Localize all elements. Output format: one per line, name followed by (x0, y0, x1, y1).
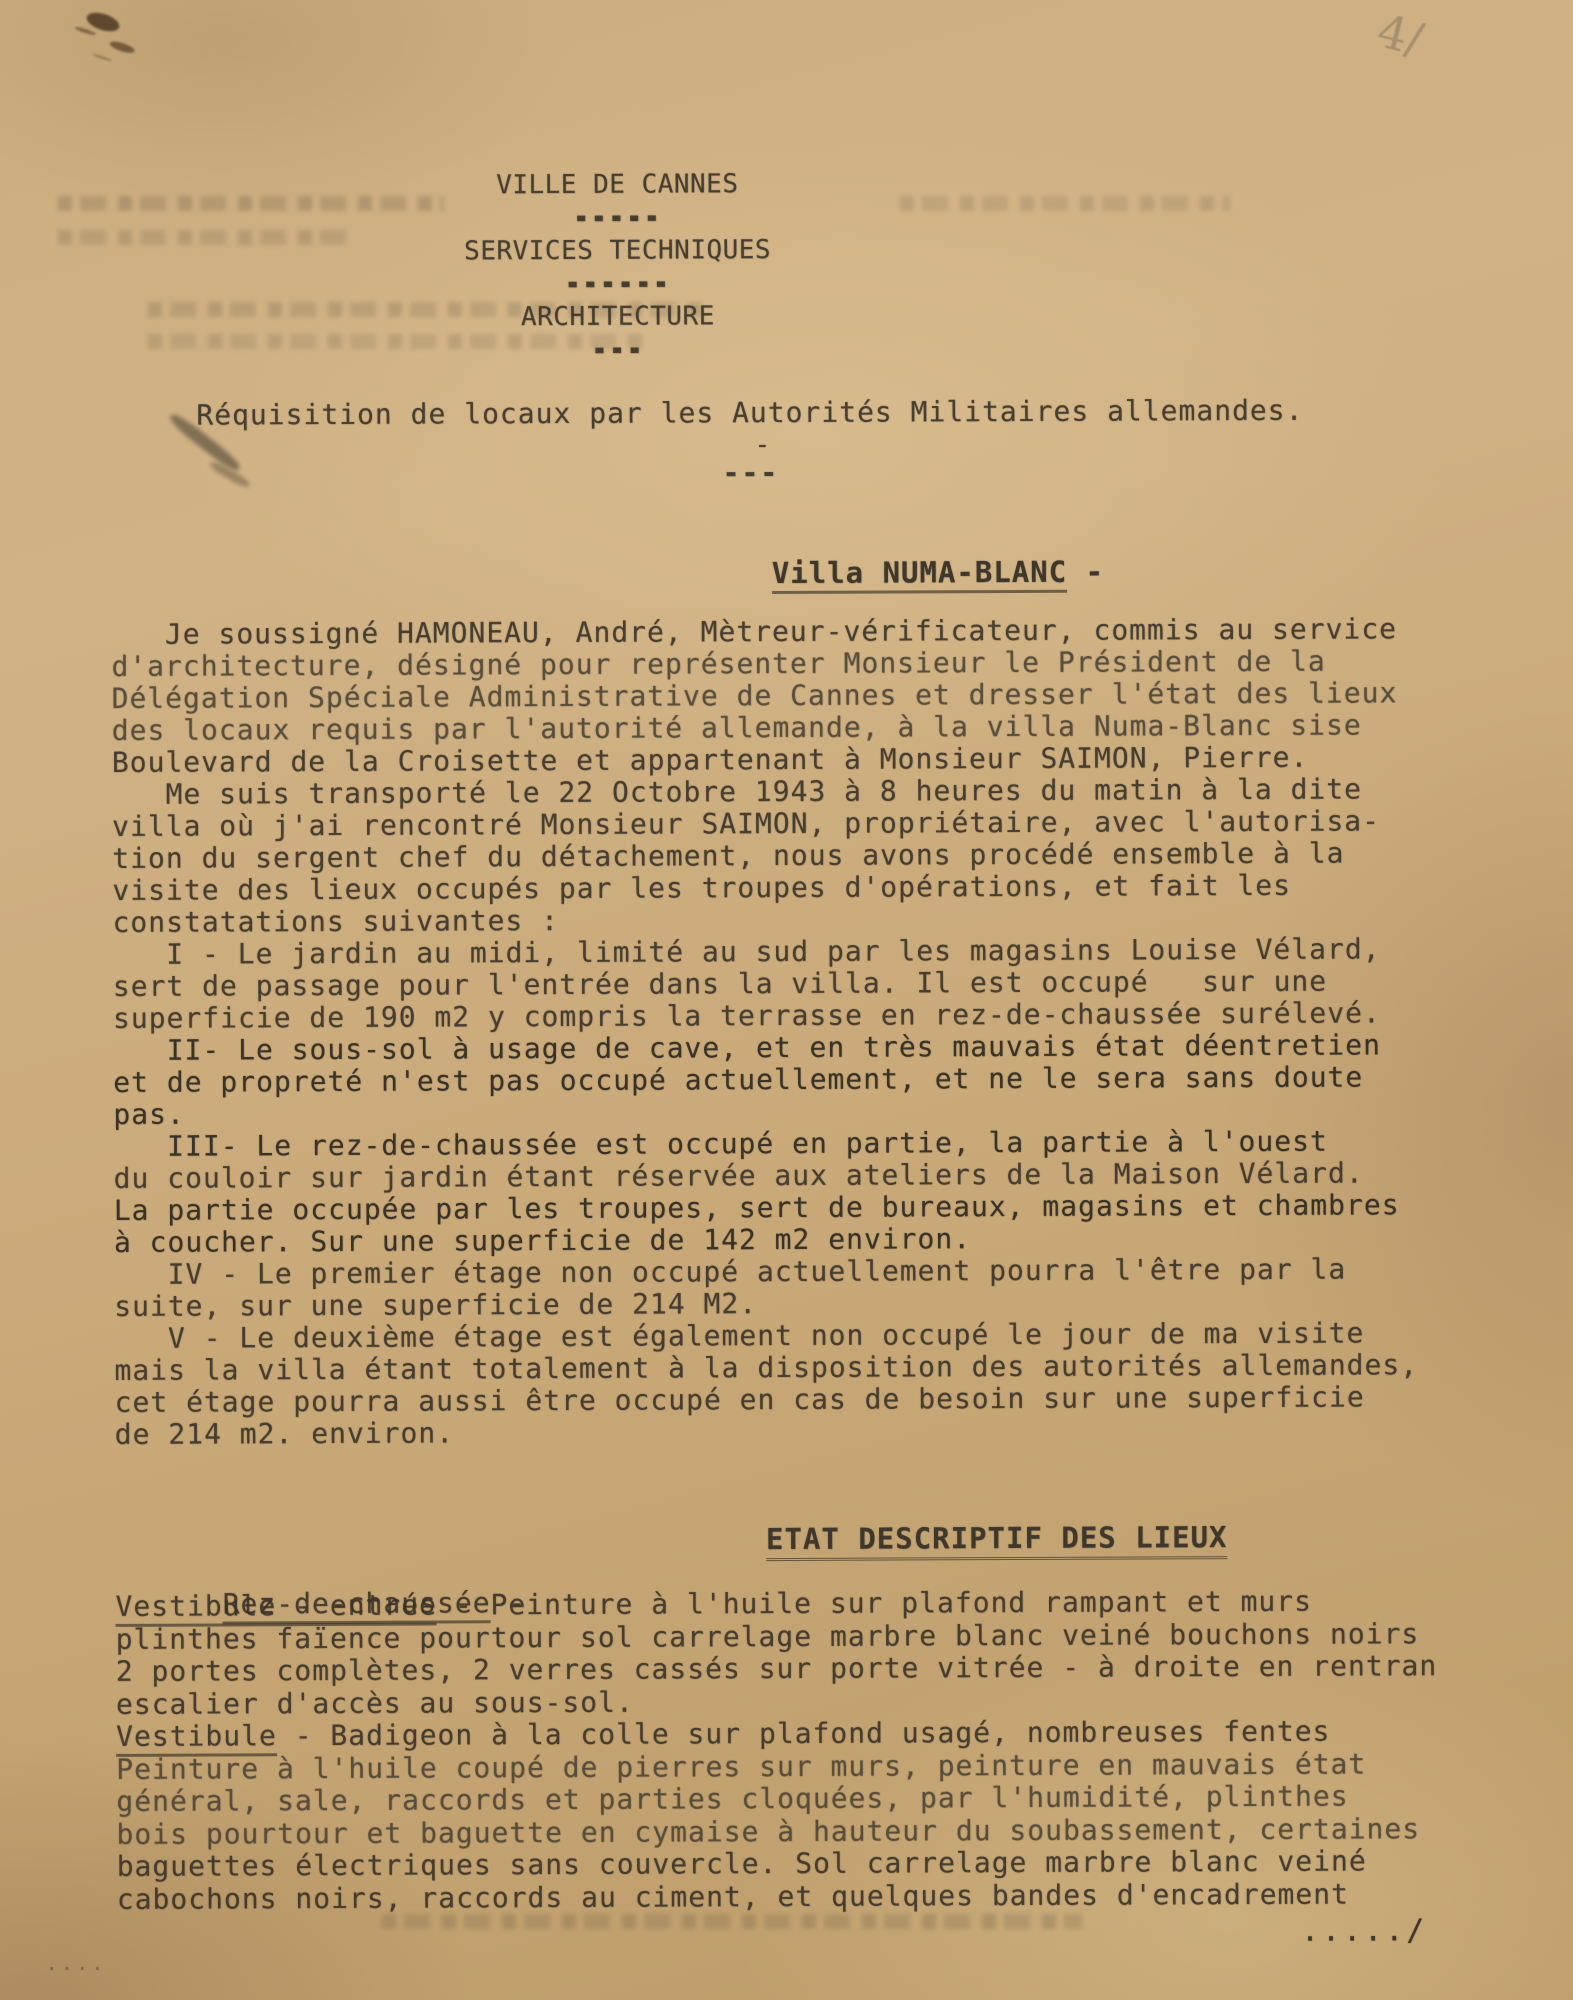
text-line: La partie occupée par les troupes, sert … (114, 1189, 1418, 1227)
text-line: cet étage pourra aussi être occupé en ca… (115, 1381, 1419, 1419)
subject-line: Réquisition de locaux par les Autorités … (196, 394, 1303, 432)
description-body: Vestibule - entrée - Peinture à l'huile … (115, 1585, 1438, 1916)
text-line: et de propreté n'est pas occupé actuelle… (113, 1061, 1417, 1099)
bottom-left-dots: .... (45, 1951, 106, 1976)
line-text: - Badigeon à la colle sur plafond usagé,… (277, 1715, 1331, 1753)
letterhead: VILLE DE CANNES-----SERVICES TECHNIQUES-… (327, 167, 908, 368)
villa-title: Villa NUMA-BLANC - (661, 521, 1104, 625)
text-line: IV - Le premier étage non occupé actuell… (114, 1253, 1418, 1291)
underlined-lead: Vestibule (116, 1719, 277, 1757)
villa-title-underlined: Villa NUMA-BLANC (772, 555, 1068, 594)
etat-descriptif-heading: ETAT DESCRIPTIF DES LIEUX (655, 1486, 1228, 1590)
text-line: cabochons noirs, raccords au ciment, et … (117, 1878, 1439, 1916)
text-line: --- (328, 324, 908, 376)
continuation-mark: ...../ (1301, 1913, 1428, 1949)
line-text: - Peinture à l'huile sur plafond rampant… (437, 1585, 1312, 1622)
text-line: 2 portes complètes, 2 verres cassés sur … (116, 1650, 1438, 1688)
report-body: Je soussigné HAMONEAU, André, Mètreur-vé… (111, 613, 1418, 1451)
typed-content: VILLE DE CANNES-----SERVICES TECHNIQUES-… (0, 0, 1573, 2000)
scanned-document-page: 4/ VILLE DE CANNES-----SERVICES TECHNIQU… (0, 0, 1573, 2000)
etat-descriptif-underlined: ETAT DESCRIPTIF DES LIEUX (766, 1520, 1228, 1561)
text-line: ------ (328, 258, 908, 310)
villa-title-trailing: - (1067, 555, 1104, 589)
text-line: de 214 m2. environ. (115, 1413, 1419, 1451)
section-separator: --- (722, 456, 779, 489)
text-line: visite des lieux occupés par les troupes… (112, 869, 1416, 907)
text-line: ----- (327, 192, 907, 244)
